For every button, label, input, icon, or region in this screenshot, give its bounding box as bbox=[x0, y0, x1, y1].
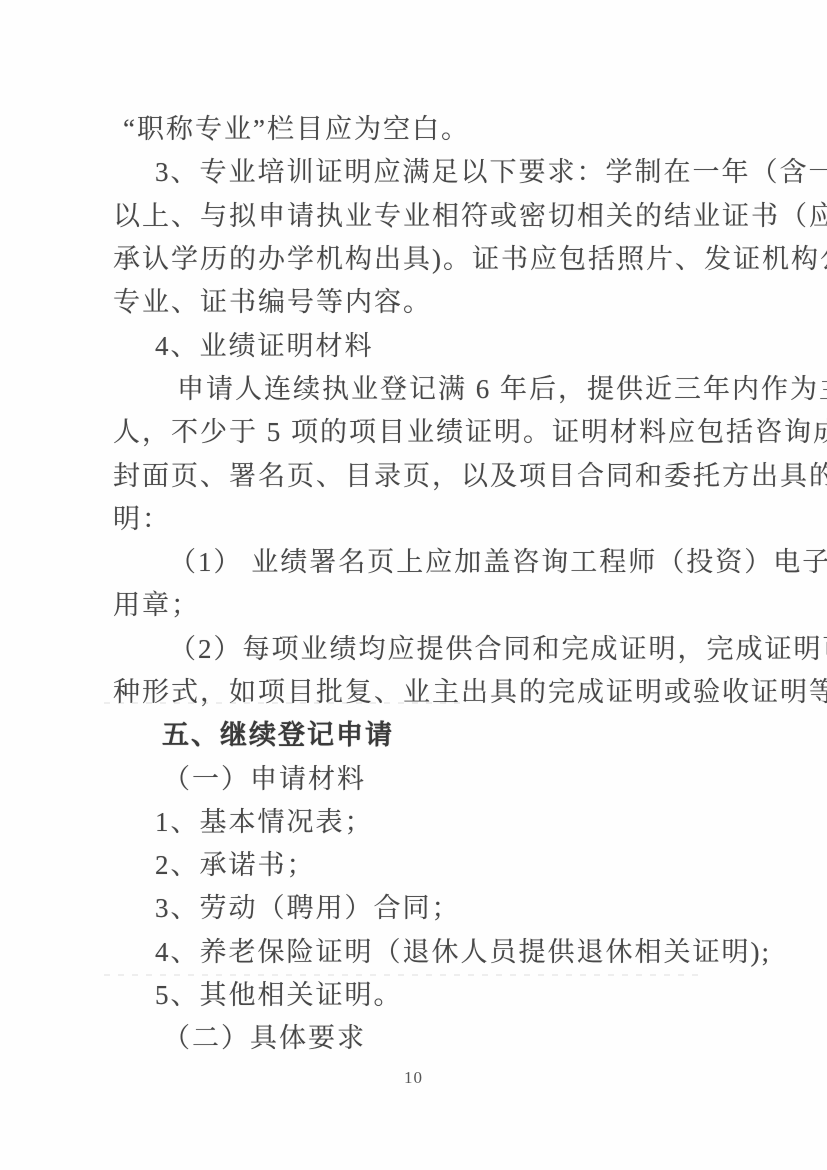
text-line: 1、基本情况表； bbox=[113, 798, 729, 841]
text-line: 3、劳动（聘用）合同； bbox=[113, 884, 729, 927]
text-line: 以上、与拟申请执业专业相符或密切相关的结业证书（应由国家 bbox=[113, 192, 729, 235]
text-line: 种形式，如项目批复、业主出具的完成证明或验收证明等。 bbox=[113, 668, 729, 711]
text-line: （二）具体要求 bbox=[113, 1014, 729, 1057]
text-line: 明： bbox=[113, 495, 729, 538]
text-line: “职称专业”栏目应为空白。 bbox=[113, 105, 729, 148]
page-number: 10 bbox=[0, 1068, 827, 1088]
text-line: 封面页、署名页、目录页，以及项目合同和委托方出具的完成证 bbox=[113, 451, 729, 494]
document-page: “职称专业”栏目应为空白。3、专业培训证明应满足以下要求：学制在一年（含一年）及… bbox=[0, 0, 827, 1170]
text-line: 3、专业培训证明应满足以下要求：学制在一年（含一年）及 bbox=[113, 148, 729, 191]
text-line: （2）每项业绩均应提供合同和完成证明，完成证明可以多 bbox=[113, 625, 729, 668]
text-line: 用章； bbox=[113, 581, 729, 624]
text-line: 5、其他相关证明。 bbox=[113, 971, 729, 1014]
document-body: “职称专业”栏目应为空白。3、专业培训证明应满足以下要求：学制在一年（含一年）及… bbox=[113, 105, 729, 1058]
text-line: 4、业绩证明材料 bbox=[113, 321, 729, 364]
text-line: 申请人连续执业登记满 6 年后，提供近三年内作为主要完成 bbox=[113, 365, 729, 408]
section-heading: 五、继续登记申请 bbox=[113, 711, 729, 754]
text-line: 人，不少于 5 项的项目业绩证明。证明材料应包括咨询成果文本 bbox=[113, 408, 729, 451]
text-line: 专业、证书编号等内容。 bbox=[113, 278, 729, 321]
text-line: （1） 业绩署名页上应加盖咨询工程师（投资）电子执业专 bbox=[113, 538, 729, 581]
text-line: 2、承诺书； bbox=[113, 841, 729, 884]
text-line: 4、养老保险证明（退休人员提供退休相关证明); bbox=[113, 928, 729, 971]
text-line: （一）申请材料 bbox=[113, 754, 729, 797]
text-line: 承认学历的办学机构出具)。证书应包括照片、发证机构公章、 bbox=[113, 235, 729, 278]
